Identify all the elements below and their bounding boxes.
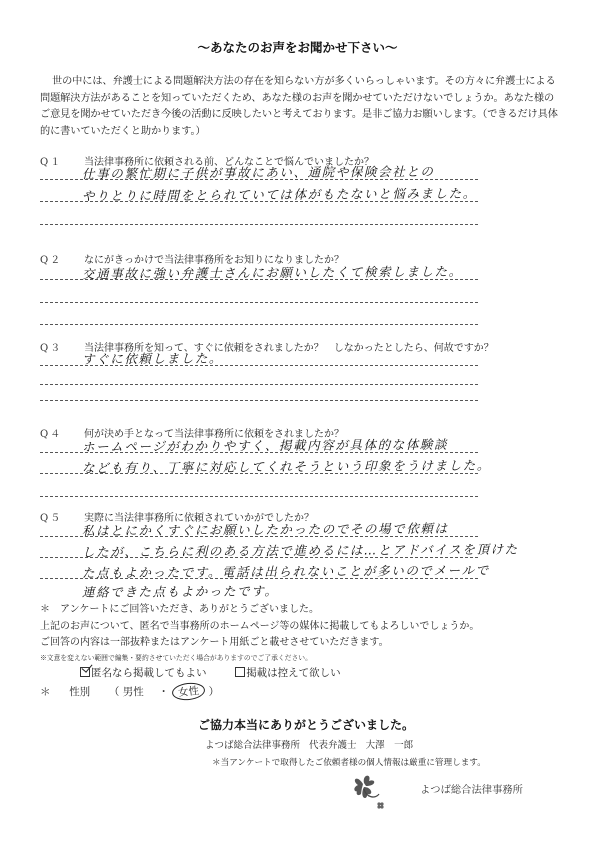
question-3: Q３ 当法律事務所を知って、すぐに依頼をされましたか？ しなかったとしたら、何故… xyxy=(40,339,520,419)
answer-rule xyxy=(40,400,478,401)
question-1: Q１ 当法律事務所に依頼される前、どんなことで悩んでいましたか？ 仕事の繁忙期に… xyxy=(40,153,520,253)
checkbox-icon[interactable] xyxy=(235,667,245,677)
intro-paragraph: 世の中には、弁護士による問題解決方法の存在を知らない方が多くいらっしゃいます。そ… xyxy=(40,74,560,140)
consent-options: 匿名なら掲載してもよい 掲載は控えて欲しい xyxy=(80,665,341,680)
representative-role: 代表弁護士 xyxy=(309,740,357,751)
gender-prefix: ＊ xyxy=(40,686,51,698)
question-4: Q４ 何が決め手となって当法律事務所に依頼をされましたか？ ホームページがわかり… xyxy=(40,425,520,505)
consent-label: 掲載は控えて欲しい xyxy=(246,667,341,679)
publish-question: 上記のお声について、匿名で当事務所のホームページ等の媒体に掲載してもよろしいでし… xyxy=(40,617,479,632)
consent-option-anonymous[interactable]: 匿名なら掲載してもよい xyxy=(80,667,210,679)
answer-rule xyxy=(40,179,478,180)
question-5: Q５ 実際に当法律事務所に依頼されていかがでしたか？ 私はとにかくすぐにお願いし… xyxy=(40,509,520,604)
answer-rule xyxy=(40,279,478,280)
answer-rule xyxy=(40,384,478,385)
answer-rule xyxy=(40,365,478,366)
answer-rule xyxy=(40,557,478,558)
answer-rule xyxy=(40,452,478,453)
answer-rule xyxy=(40,536,478,537)
gender-option-male[interactable]: 男性 xyxy=(123,686,144,698)
answer-rule xyxy=(40,302,478,303)
question-2: Q２ なにがきっかけで当法律事務所をお知りになりましたか？ 交通事故に強い弁護士… xyxy=(40,251,520,331)
logo-text: よつば総合法律事務所 xyxy=(420,781,523,796)
thanks-note: ＊ アンケートにご回答いただき、ありがとうございました。 xyxy=(40,600,319,615)
answer-rule xyxy=(40,473,478,474)
gender-close: ） xyxy=(209,686,220,698)
question-number: Q２ xyxy=(40,251,62,266)
gender-open: （ xyxy=(109,686,120,698)
question-number: Q３ xyxy=(40,339,62,354)
checkbox-checked-icon[interactable] xyxy=(80,667,90,677)
gender-field: ＊ 性別 （ 男性 ・ 女性 ） xyxy=(40,683,219,700)
firm-name: よつば総合法律事務所 xyxy=(205,740,300,751)
consent-label: 匿名なら掲載してもよい xyxy=(91,667,207,679)
answer-rule xyxy=(40,224,478,225)
gender-label: 性別 xyxy=(69,686,90,698)
publish-detail: ご回答の内容は一部抜粋またはアンケート用紙ごと載せさせていただきます。 xyxy=(40,633,389,648)
gender-option-female[interactable]: 女性 xyxy=(171,681,206,701)
closing-thanks: ご協力本当にありがとうございました。 xyxy=(198,716,414,733)
page-title: 〜あなたのお声をお聞かせ下さい〜 xyxy=(0,38,595,56)
representative-name: 大澤 一郎 xyxy=(366,740,414,751)
answer-rule xyxy=(40,201,478,202)
privacy-note: ＊当アンケートで取得したご依頼者様の個人情報は厳重に管理します。 xyxy=(212,756,486,768)
consent-option-decline[interactable]: 掲載は控えて欲しい xyxy=(235,667,341,679)
answer-line: 連絡できた点もよかったです。 xyxy=(82,581,279,600)
question-number: Q１ xyxy=(40,153,62,168)
representative-line: よつば総合法律事務所 代表弁護士 大澤 一郎 xyxy=(205,737,413,751)
answer-rule xyxy=(40,324,478,325)
question-number: Q５ xyxy=(40,509,62,524)
gender-separator: ・ xyxy=(158,686,169,698)
edit-note: ※文意を変えない範囲で編集・要約させていただく場合がありますのでご了承ください。 xyxy=(40,652,312,662)
clover-icon xyxy=(352,772,392,814)
answer-rule xyxy=(40,578,478,579)
question-number: Q４ xyxy=(40,425,62,440)
answer-rule xyxy=(40,496,478,497)
